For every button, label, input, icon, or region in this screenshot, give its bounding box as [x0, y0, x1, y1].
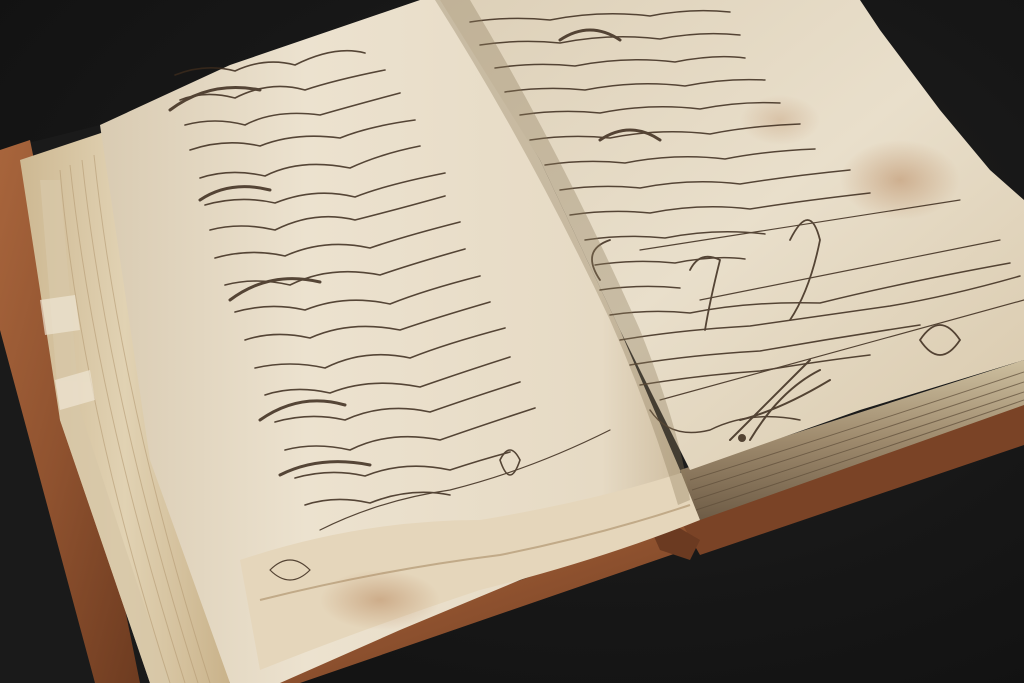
photo-scene: [0, 0, 1024, 683]
manuscript-photo: [0, 0, 1024, 683]
